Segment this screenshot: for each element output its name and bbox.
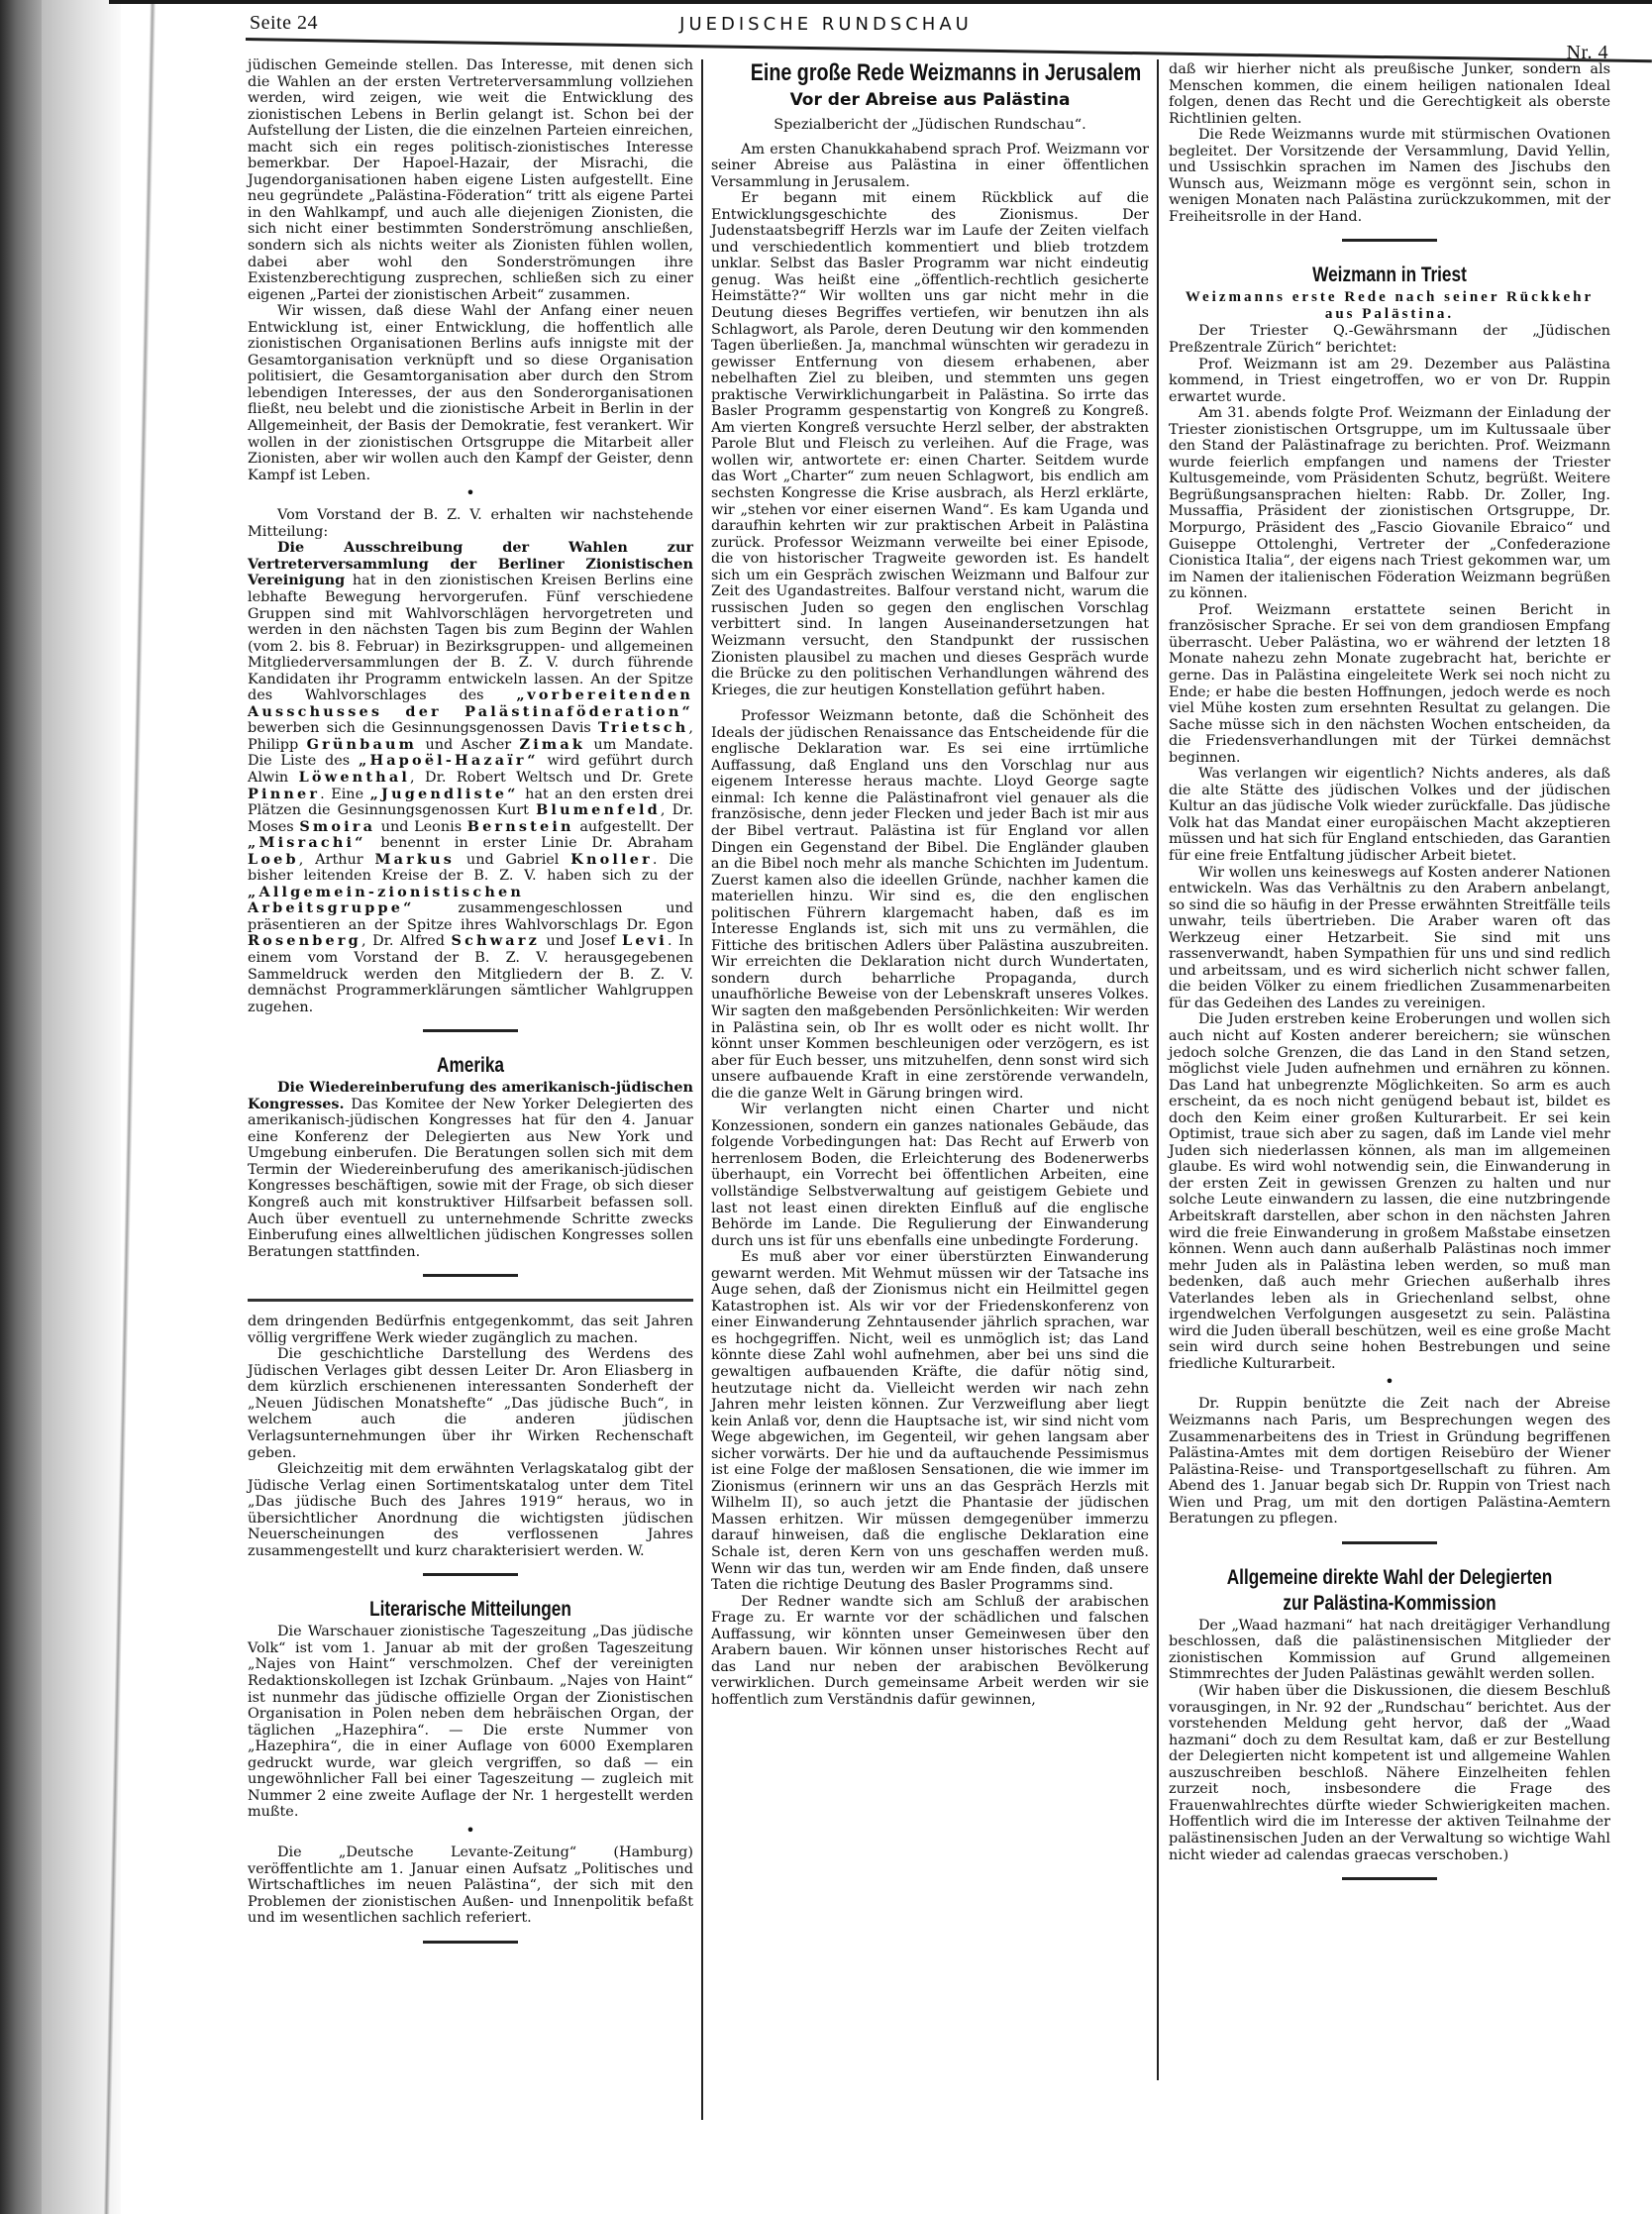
article-divider (423, 1941, 518, 1944)
bzv-announcement: Die Ausschreibung der Wahlen zur Vertret… (248, 540, 693, 1015)
right-column: daß wir hierher nicht als preußische Jun… (1169, 61, 1610, 1902)
article-divider (423, 1029, 518, 1032)
article-paragraph: Am ersten Chanukkahabend sprach Prof. We… (711, 142, 1149, 191)
article-subtitle: Vor der Abreise aus Palästina (711, 89, 1149, 111)
wahl-paragraph: (Wir haben über die Diskussionen, die di… (1169, 1683, 1610, 1863)
left-column: jüdischen Gemeinde stellen. Das Interess… (248, 57, 693, 1965)
verlag-paragraph: Gleichzeitig mit dem erwähnten Verlagska… (248, 1461, 693, 1559)
article-paragraph: daß wir hierher nicht als preußische Jun… (1169, 61, 1610, 127)
article-paragraph: Es muß aber vor einer überstürzten Einwa… (711, 1249, 1149, 1593)
article-paragraph: Wir wissen, daß diese Wahl der Anfang ei… (248, 303, 693, 483)
amerika-paragraph: Die Wiedereinberufung des amerikanisch-j… (248, 1080, 693, 1260)
triest-paragraph: Dr. Ruppin benützte die Zeit nach der Ab… (1169, 1396, 1610, 1527)
column-divider (701, 59, 703, 2120)
article-paragraph: jüdischen Gemeinde stellen. Das Interess… (248, 57, 693, 303)
article-paragraph: Er begann mit einem Rückblick auf die En… (711, 190, 1149, 698)
wahl-paragraph: Der „Waad hazmani“ hat nach dreitägiger … (1169, 1618, 1610, 1683)
book-spine (0, 0, 42, 2214)
column-divider (1157, 59, 1159, 2080)
article-paragraph: Der Redner wandte sich am Schluß der ara… (711, 1594, 1149, 1709)
masthead: JUEDISCHE RUNDSCHAU (0, 14, 1652, 35)
triest-paragraph: Der Triester Q.-Gewährsmann der „Jüdisch… (1169, 323, 1610, 356)
article-title: Eine große Rede Weizmanns in Jerusalem (751, 59, 1109, 87)
separator-dot: • (248, 485, 693, 501)
triest-paragraph: Die Juden erstreben keine Eroberungen un… (1169, 1011, 1610, 1372)
article-divider (1342, 1877, 1437, 1880)
section-rule (248, 1299, 693, 1302)
triest-paragraph: Wir wollen uns keineswegs auf Kosten and… (1169, 865, 1610, 1012)
literarische-paragraph: Die Warschauer zionistische Tageszeitung… (248, 1624, 693, 1821)
article-paragraph: Die Rede Weizmanns wurde mit stürmischen… (1169, 127, 1610, 225)
page-gutter (42, 0, 121, 2214)
separator-dot: • (248, 1823, 693, 1839)
literarische-paragraph: Die „Deutsche Levante-Zeitung“ (Hamburg)… (248, 1845, 693, 1927)
bzv-intro: Vom Vorstand der B. Z. V. erhalten wir n… (248, 507, 693, 540)
verlag-paragraph: dem dringenden Bedürfnis entgegenkommt, … (248, 1314, 693, 1346)
verlag-paragraph: Die geschichtliche Darstellung des Werde… (248, 1346, 693, 1461)
article-divider (1342, 1541, 1437, 1544)
article-divider (423, 1274, 518, 1277)
section-title-literarische: Literarische Mitteilungen (288, 1598, 654, 1622)
middle-column: Eine große Rede Weizmanns in Jerusalem V… (711, 57, 1149, 1709)
triest-paragraph: Was verlangen wir eigentlich? Nichts and… (1169, 766, 1610, 864)
article-divider (1342, 239, 1437, 242)
separator-dot: • (1169, 1374, 1610, 1390)
article-byline: Spezialbericht der „Jüdischen Rundschau“… (711, 117, 1149, 134)
section-title-triest: Weizmann in Triest (1208, 264, 1571, 287)
article-paragraph: Professor Weizmann betonte, daß die Schö… (711, 708, 1149, 1102)
section-title-wahl: Allgemeine direkte Wahl der Delegierten (1208, 1566, 1571, 1590)
scan-top-edge (109, 0, 1652, 4)
section-subtitle-triest: Weizmanns erste Rede nach seiner Rückkeh… (1169, 289, 1610, 323)
section-title-amerika: Amerika (288, 1054, 654, 1078)
section-title-wahl-line2: zur Palästina-Kommission (1208, 1592, 1571, 1616)
triest-paragraph: Am 31. abends folgte Prof. Weizmann der … (1169, 405, 1610, 602)
author-signature: W. (628, 1543, 645, 1559)
article-paragraph: Wir verlangten nicht einen Charter und n… (711, 1102, 1149, 1249)
triest-paragraph: Prof. Weizmann erstattete seinen Bericht… (1169, 602, 1610, 766)
triest-paragraph: Prof. Weizmann ist am 29. Dezember aus P… (1169, 357, 1610, 406)
article-divider (423, 1573, 518, 1576)
